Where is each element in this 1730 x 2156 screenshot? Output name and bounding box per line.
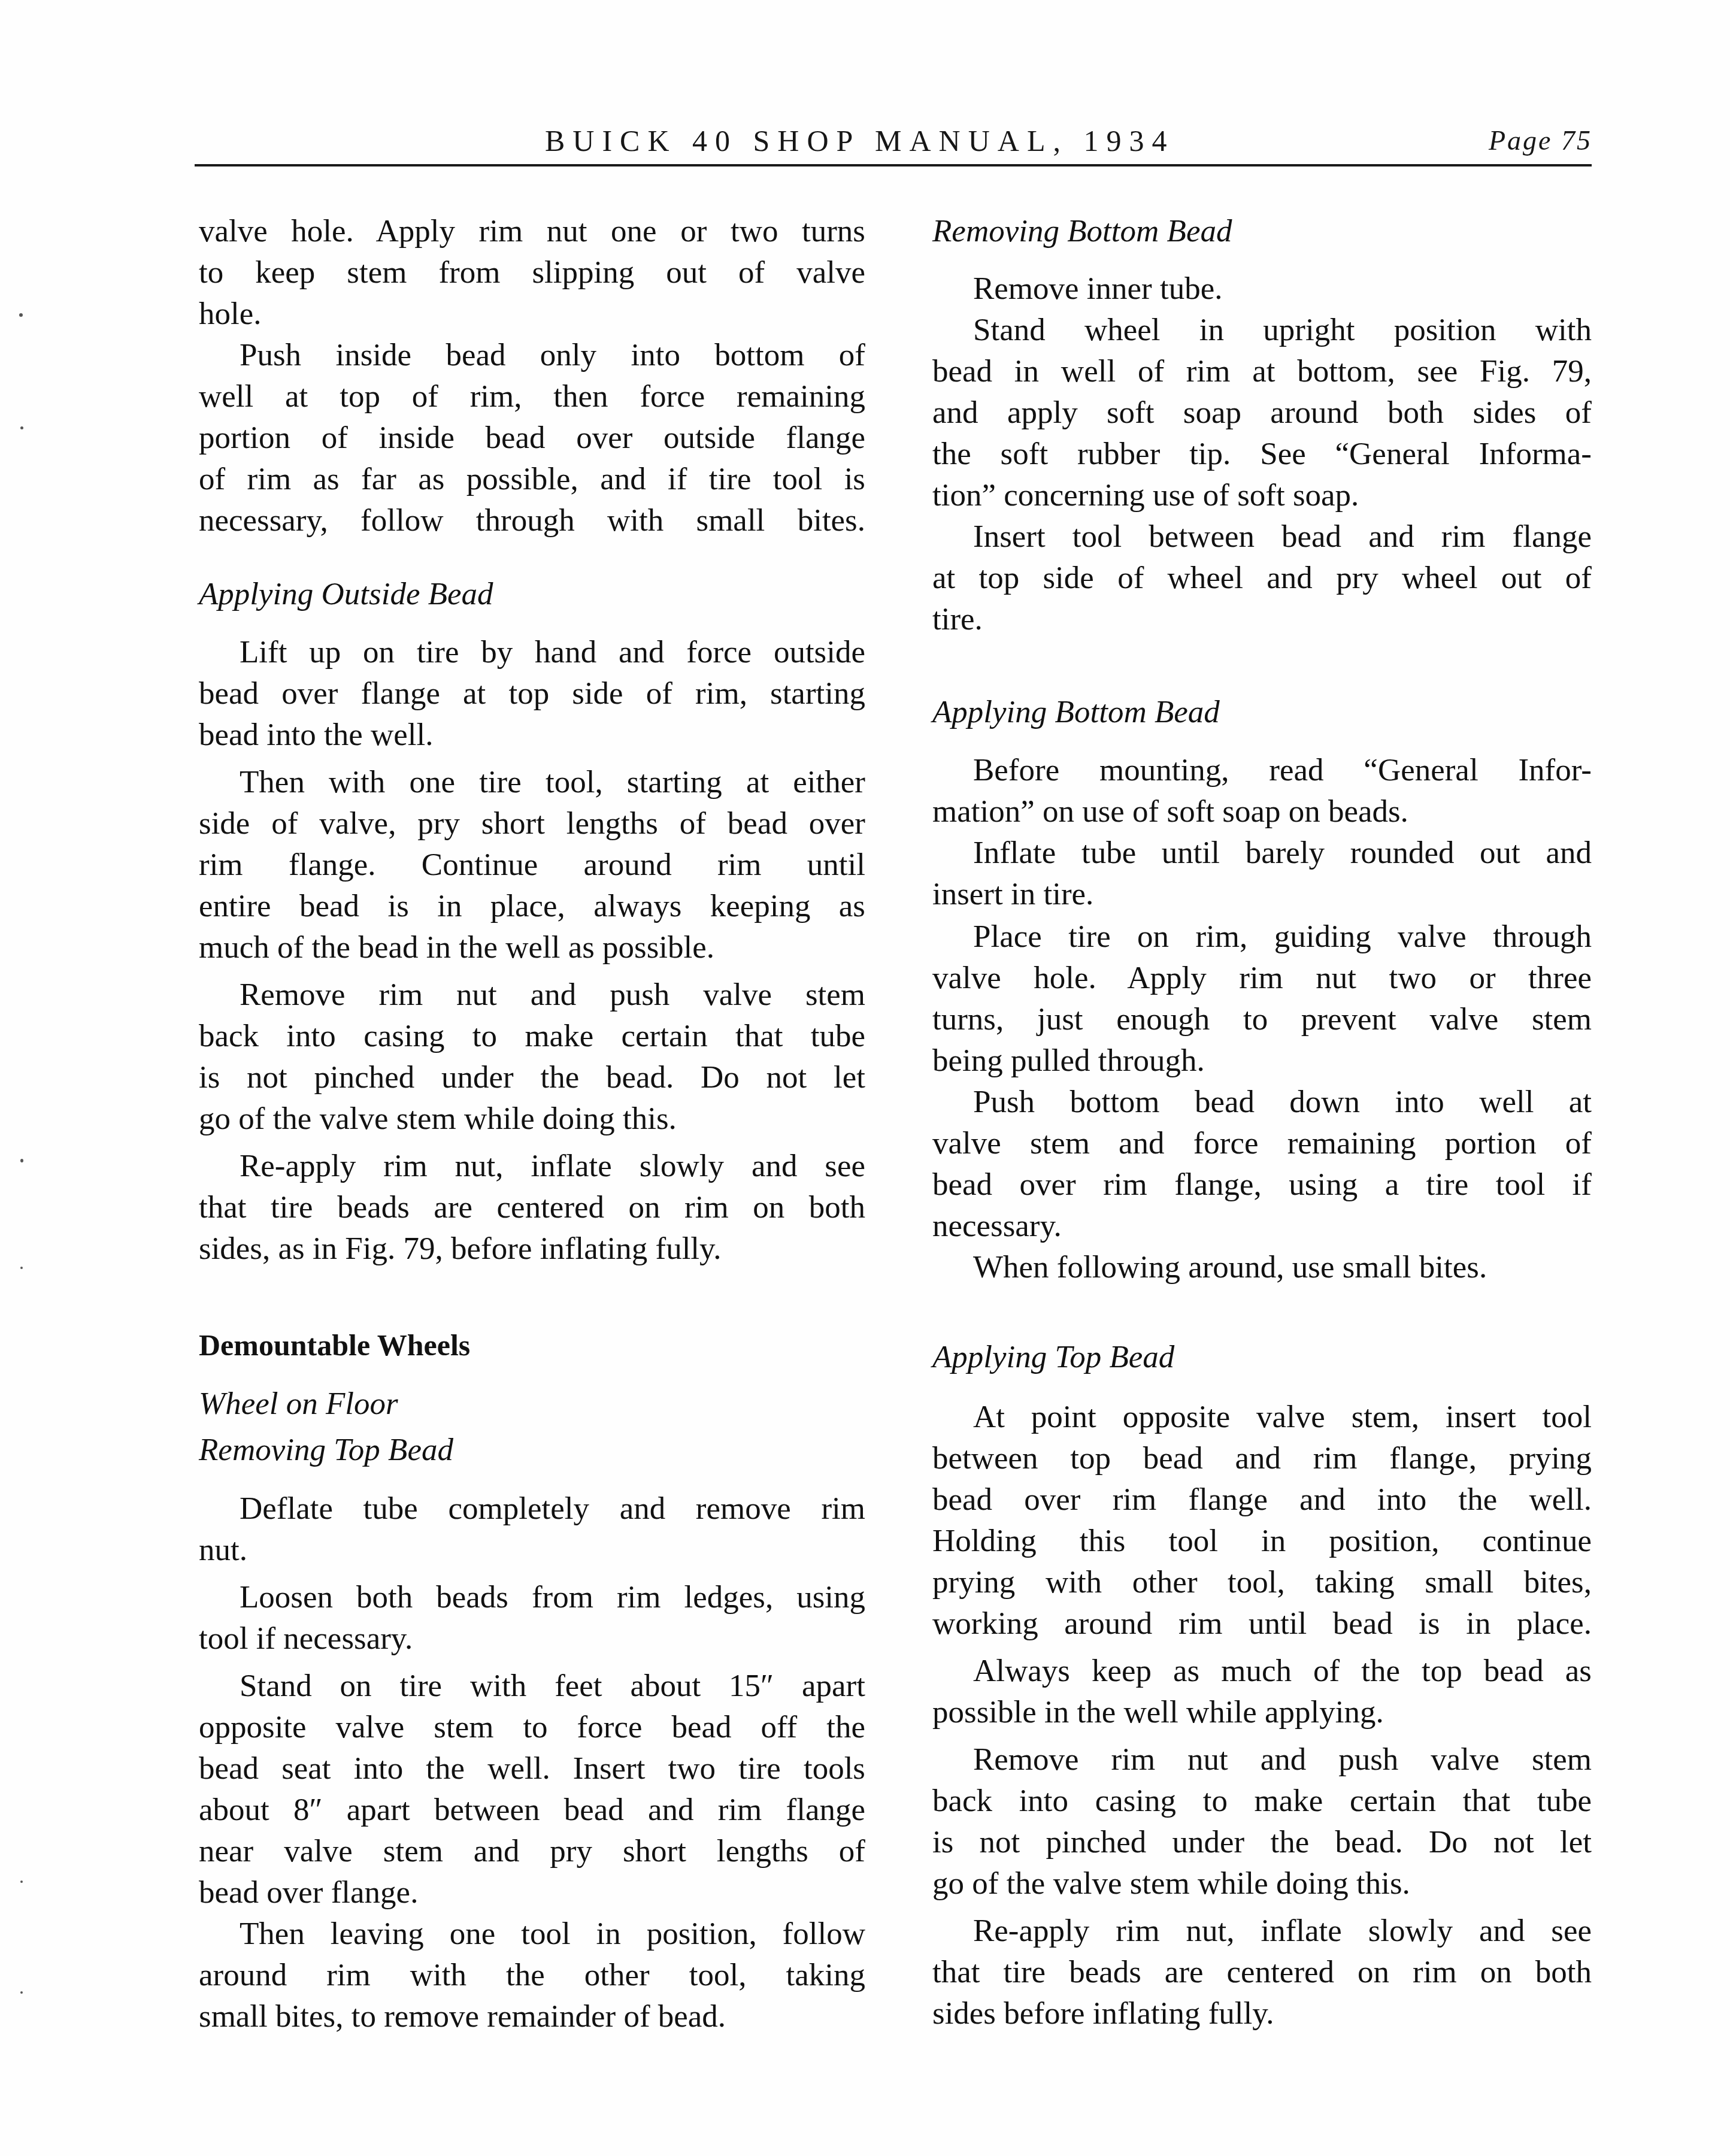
text-line: necessary. [932,1206,1592,1247]
subsection-heading: Removing Top Bead [199,1430,865,1471]
subsection-heading: Removing Bottom Bead [932,211,1592,252]
subsection-heading: Applying Outside Bead [199,574,865,615]
text-line: Always keep as much of the top bead as [973,1651,1592,1692]
text-line: side of valve, pry short lengths of bead… [199,803,865,844]
text-line: insert in tire. [932,874,1592,915]
text-line: Lift up on tire by hand and force outsid… [240,632,865,673]
text-line: around rim with the other tool, taking [199,1955,865,1996]
text-line: bead seat into the well. Insert two tire… [199,1748,865,1789]
text-line: much of the bead in the well as possible… [199,927,865,968]
scan-speck [19,313,23,317]
text-line: and apply soft soap around both sides of [932,392,1592,434]
text-line: back into casing to make certain that tu… [199,1016,865,1057]
scan-speck [20,1991,23,1994]
text-line: bead over flange at top side of rim, sta… [199,673,865,714]
section-heading: Demountable Wheels [199,1325,865,1366]
text-line: Push inside bead only into bottom of [240,335,865,376]
text-line: bead over rim flange, using a tire tool … [932,1164,1592,1206]
text-line: Remove rim nut and push valve stem [973,1739,1592,1780]
text-line: Then leaving one tool in position, follo… [240,1913,865,1955]
text-line: Inflate tube until barely rounded out an… [973,832,1592,874]
text-line: When following around, use small bites. [973,1247,1592,1288]
text-line: turns, just enough to prevent valve stem [932,999,1592,1040]
text-line: go of the valve stem while doing this. [932,1863,1592,1904]
subsection-heading: Applying Bottom Bead [932,692,1592,733]
text-line: near valve stem and pry short lengths of [199,1831,865,1872]
scan-speck [20,426,23,429]
text-line: entire bead is in place, always keeping … [199,886,865,927]
text-line: of rim as far as possible, and if tire t… [199,459,865,500]
text-line: tion” concerning use of soft soap. [932,475,1592,516]
text-line: tool if necessary. [199,1618,865,1660]
text-line: small bites, to remove remainder of bead… [199,1996,865,2037]
text-line: Before mounting, read “General Infor- [973,750,1592,791]
text-line: Deflate tube completely and remove rim [240,1488,865,1530]
header-rule [195,164,1592,166]
text-line: bead into the well. [199,714,865,756]
text-line: Remove inner tube. [973,268,1592,310]
text-line: being pulled through. [932,1040,1592,1082]
text-line: is not pinched under the bead. Do not le… [199,1057,865,1098]
text-line: tire. [932,599,1592,640]
text-line: valve stem and force remaining portion o… [932,1123,1592,1164]
text-line: bead over flange. [199,1872,865,1913]
text-line: the soft rubber tip. See “General Inform… [932,434,1592,475]
text-line: At point opposite valve stem, insert too… [973,1397,1592,1438]
text-line: is not pinched under the bead. Do not le… [932,1822,1592,1863]
text-line: Stand wheel in upright position with [973,310,1592,351]
text-line: between top bead and rim flange, prying [932,1438,1592,1479]
subsection-heading: Applying Top Bead [932,1337,1592,1378]
text-line: working around rim until bead is in plac… [932,1603,1592,1645]
text-line: Re-apply rim nut, inflate slowly and see [973,1910,1592,1952]
text-line: Stand on tire with feet about 15″ apart [240,1666,865,1707]
text-line: well at top of rim, then force remaining [199,376,865,417]
text-line: bead in well of rim at bottom, see Fig. … [932,351,1592,392]
text-line: Holding this tool in position, continue [932,1521,1592,1562]
scan-speck [20,1881,23,1883]
text-line: bead over rim flange and into the well. [932,1479,1592,1521]
text-line: that tire beads are centered on rim on b… [932,1952,1592,1993]
text-line: mation” on use of soft soap on beads. [932,791,1592,832]
text-line: valve hole. Apply rim nut one or two tur… [199,211,865,252]
text-line: to keep stem from slipping out of valve [199,252,865,293]
text-line: prying with other tool, taking small bit… [932,1562,1592,1603]
text-line: Re-apply rim nut, inflate slowly and see [240,1146,865,1187]
text-line: hole. [199,293,865,335]
text-line: back into casing to make certain that tu… [932,1780,1592,1822]
text-line: portion of inside bead over outside flan… [199,417,865,459]
scan-speck [20,1267,23,1269]
scan-speck [20,1159,23,1162]
text-line: Remove rim nut and push valve stem [240,974,865,1016]
text-line: at top side of wheel and pry wheel out o… [932,558,1592,599]
text-line: sides, as in Fig. 79, before inflating f… [199,1228,865,1270]
text-line: possible in the well while applying. [932,1692,1592,1733]
text-line: about 8″ apart between bead and rim flan… [199,1789,865,1831]
running-header-title: BUICK 40 SHOP MANUAL, 1934 [545,123,1174,159]
text-line: Insert tool between bead and rim flange [973,516,1592,558]
text-line: rim flange. Continue around rim until [199,844,865,886]
text-line: that tire beads are centered on rim on b… [199,1187,865,1228]
text-line: Loosen both beads from rim ledges, using [240,1577,865,1618]
text-line: Push bottom bead down into well at [973,1082,1592,1123]
text-line: valve hole. Apply rim nut two or three [932,958,1592,999]
text-line: sides before inflating fully. [932,1993,1592,2034]
text-line: opposite valve stem to force bead off th… [199,1707,865,1748]
text-line: nut. [199,1530,865,1571]
text-line: necessary, follow through with small bit… [199,500,865,541]
text-line: go of the valve stem while doing this. [199,1098,865,1140]
subsection-heading: Wheel on Floor [199,1383,865,1425]
page-number: Page 75 [1489,123,1592,159]
text-line: Place tire on rim, guiding valve through [973,916,1592,958]
text-line: Then with one tire tool, starting at eit… [240,762,865,803]
